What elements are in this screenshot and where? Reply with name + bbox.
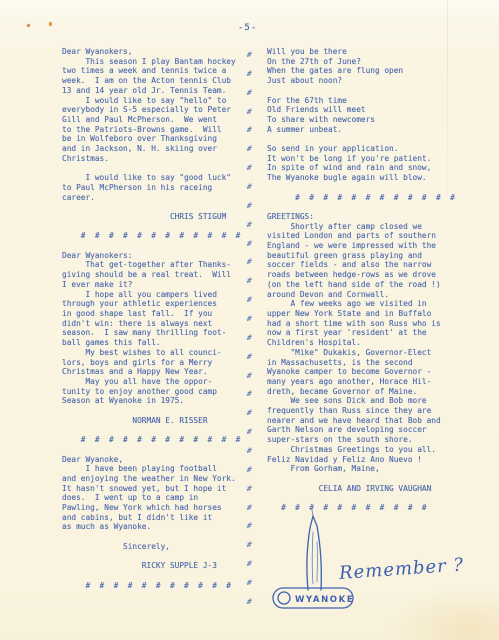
candle-drawing: WYANOKE Remember ? — [263, 506, 468, 626]
hash-mark: # — [246, 484, 253, 493]
hash-mark: # — [246, 352, 253, 361]
candle-wick-icon — [312, 510, 313, 516]
hash-mark: # — [246, 578, 253, 587]
candle-drip-lines — [312, 532, 317, 584]
hash-mark: # — [246, 597, 253, 606]
hash-mark: # — [246, 389, 253, 398]
hash-mark: # — [246, 333, 253, 342]
candle-icon — [307, 516, 321, 590]
wyanoke-logo-label: WYANOKE — [295, 595, 354, 605]
hash-mark: # — [246, 182, 253, 191]
wyanoke-logo-ring — [278, 592, 290, 604]
hash-mark: # — [246, 69, 253, 78]
hash-mark: # — [246, 314, 253, 323]
hash-mark: # — [246, 276, 253, 285]
hash-mark: # — [246, 125, 253, 134]
hash-mark: # — [246, 257, 253, 266]
paper-speck — [27, 24, 30, 27]
hash-mark: # — [246, 201, 253, 210]
hash-mark: # — [246, 144, 253, 153]
hash-mark: # — [246, 465, 253, 474]
hash-mark: # — [246, 559, 253, 568]
remember-note: Remember ? — [337, 554, 464, 584]
divider-hash-column: ############################## — [243, 50, 255, 606]
hash-mark: # — [246, 295, 253, 304]
hash-mark: # — [246, 220, 253, 229]
hash-mark: # — [246, 163, 253, 172]
hash-mark: # — [246, 427, 253, 436]
hash-mark: # — [246, 88, 253, 97]
left-column-text: Dear Wyanokers, This season I play Banta… — [62, 47, 240, 590]
hash-mark: # — [246, 503, 253, 512]
newsletter-page: -5- Dear Wyanokers, This season I play B… — [0, 0, 499, 640]
hash-mark: # — [246, 446, 253, 455]
paper-speck — [49, 22, 52, 26]
hash-mark: # — [246, 371, 253, 380]
hash-mark: # — [246, 50, 253, 59]
hash-mark: # — [246, 107, 253, 116]
hash-mark: # — [246, 540, 253, 549]
right-column-text: Will you be there On the 27th of June? W… — [267, 47, 455, 513]
hash-mark: # — [246, 408, 253, 417]
hash-mark: # — [246, 521, 253, 530]
page-number: -5- — [238, 23, 257, 33]
hash-mark: # — [246, 239, 253, 248]
